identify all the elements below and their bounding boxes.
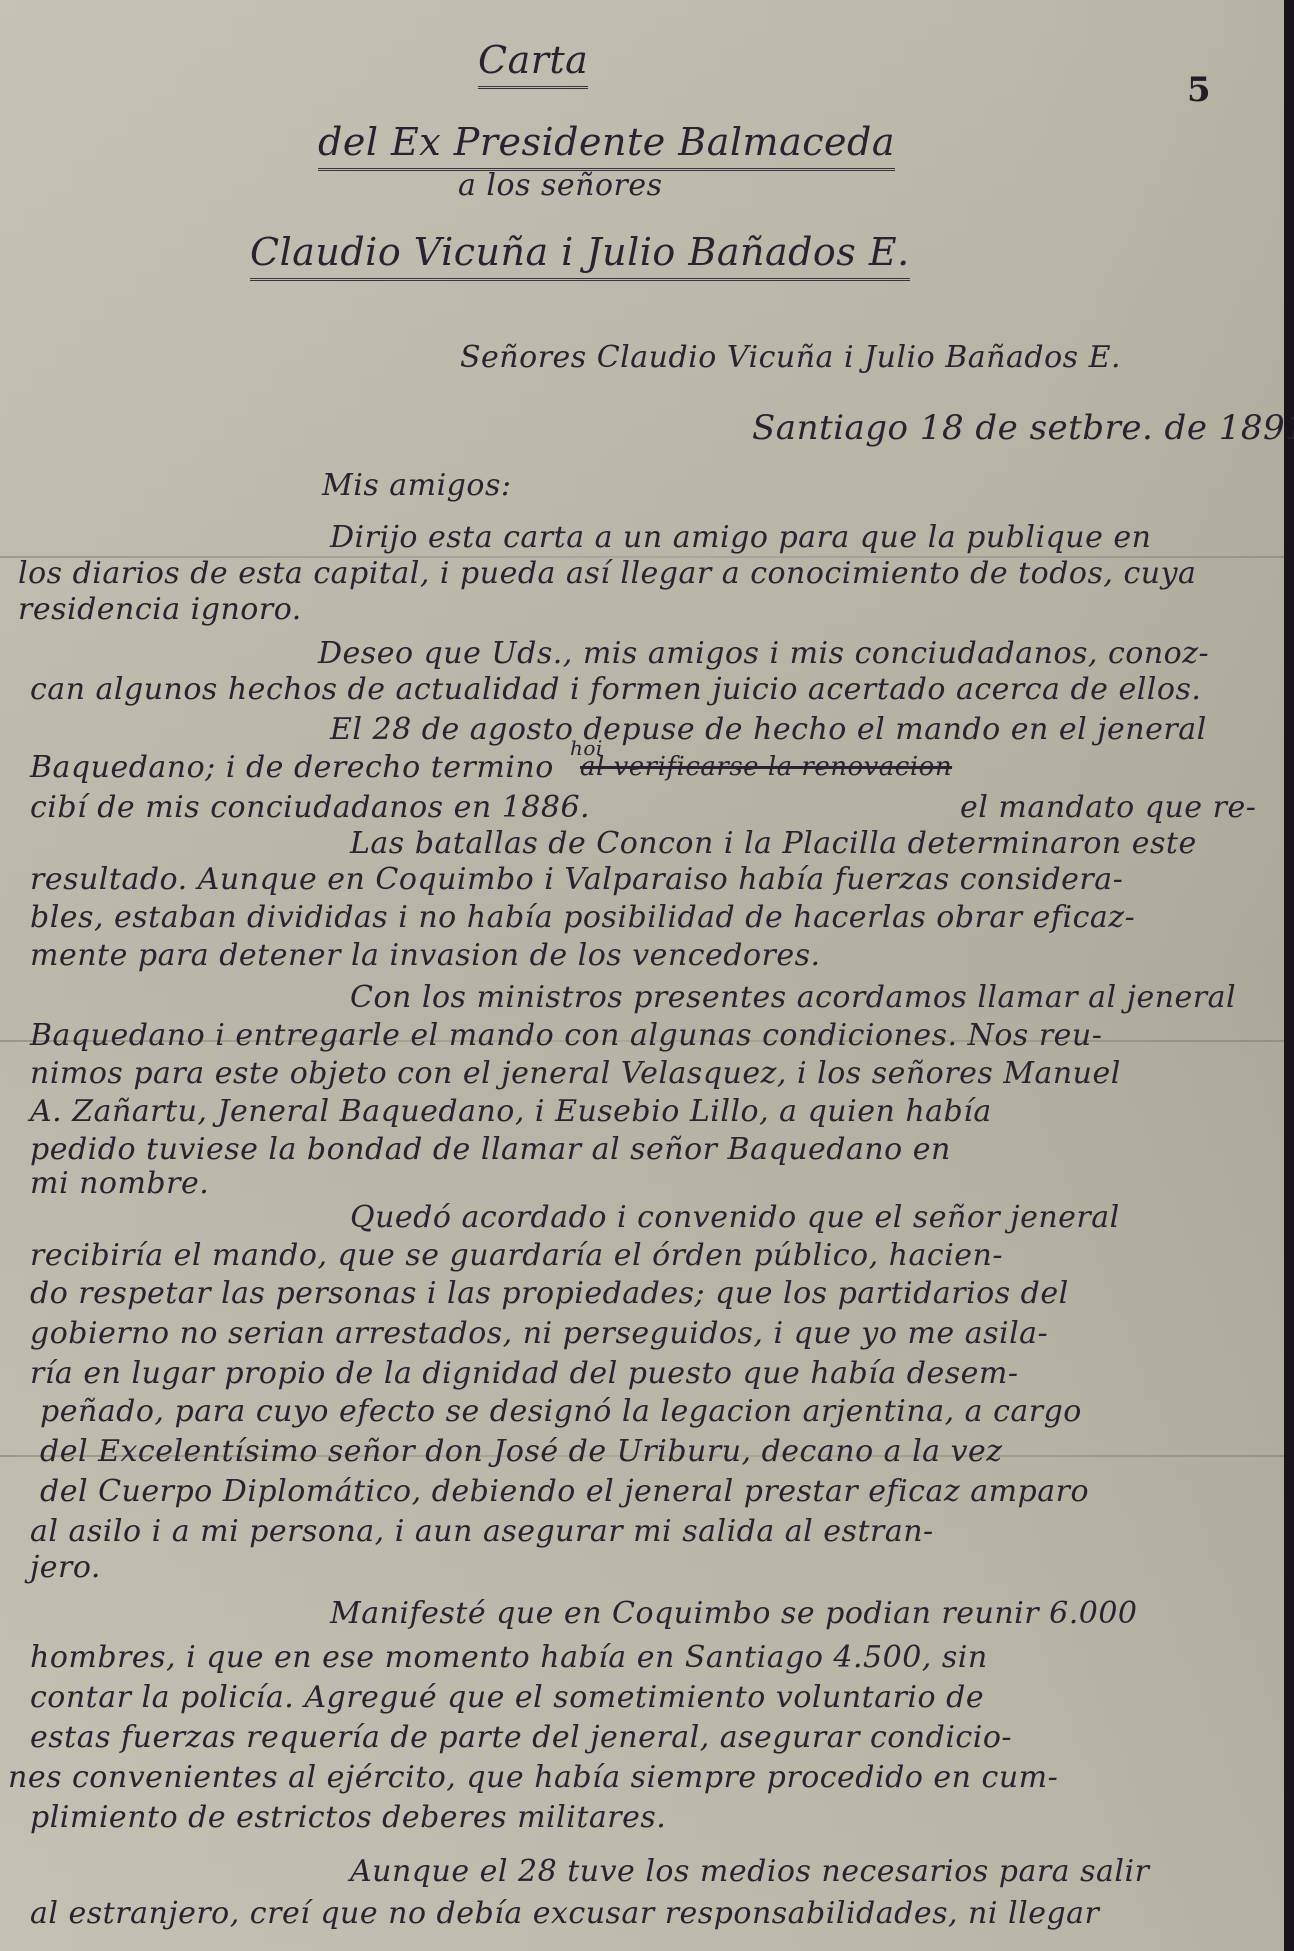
body-line: al asilo i a mi persona, i aun asegurar … <box>30 1514 934 1549</box>
body-line: Aunque el 28 tuve los medios necesarios … <box>350 1854 1149 1889</box>
heading-recipients: Claudio Vicuña i Julio Bañados E. <box>250 230 910 281</box>
body-line: mente para detener la invasion de los ve… <box>30 938 821 973</box>
addressee-line: Señores Claudio Vicuña i Julio Bañados E… <box>460 340 1121 375</box>
heading-carta: Carta <box>478 38 588 89</box>
body-line: pedido tuviese la bondad de llamar al se… <box>30 1132 951 1167</box>
body-line: peñado, para cuyo efecto se designó la l… <box>40 1394 1082 1429</box>
body-line: can algunos hechos de actualidad i forme… <box>30 672 1201 707</box>
body-line: Manifesté que en Coquimbo se podian reun… <box>330 1596 1138 1631</box>
body-line: ría en lugar propio de la dignidad del p… <box>30 1356 1018 1391</box>
body-line: residencia ignoro. <box>18 592 302 627</box>
body-line: del Cuerpo Diplomático, debiendo el jene… <box>40 1474 1089 1509</box>
page-number: 5 <box>1187 70 1211 110</box>
date-line: Santiago 18 de setbre. de 1891 <box>752 408 1294 448</box>
body-line: Deseo que Uds., mis amigos i mis conciud… <box>318 636 1209 671</box>
body-line: resultado. Aunque en Coquimbo i Valparai… <box>30 862 1123 897</box>
body-line: jero. <box>30 1550 101 1585</box>
heading-president: del Ex Presidente Balmaceda <box>318 120 895 171</box>
body-line: del Excelentísimo señor don José de Urib… <box>40 1434 1003 1469</box>
heading-senores: a los señores <box>458 168 663 203</box>
body-line: nimos para este objeto con el jeneral Ve… <box>30 1056 1121 1091</box>
body-line: gobierno no serian arrestados, ni perseg… <box>30 1316 1048 1351</box>
body-line: bles, estaban divididas i no había posib… <box>30 900 1135 935</box>
body-line: Dirijo esta carta a un amigo para que la… <box>330 520 1151 555</box>
body-line: cibí de mis conciudadanos en 1886. <box>30 790 590 825</box>
body-line: Las batallas de Concon i la Placilla det… <box>350 826 1197 861</box>
body-line: Quedó acordado i convenido que el señor … <box>350 1200 1120 1235</box>
body-line: hombres, i que en ese momento había en S… <box>30 1640 988 1675</box>
body-line: Baquedano; i de derecho termino <box>30 750 554 785</box>
body-line: recibiría el mando, que se guardaría el … <box>30 1238 1003 1273</box>
body-line: estas fuerzas requería de parte del jene… <box>30 1720 1012 1755</box>
body-line: do respetar las personas i las propiedad… <box>30 1276 1069 1311</box>
body-line: plimiento de estrictos deberes militares… <box>30 1800 666 1835</box>
body-line: al estranjero, creí que no debía excusar… <box>30 1896 1099 1931</box>
body-line: el mandato que re- <box>960 790 1256 825</box>
body-line: contar la policía. Agregué que el someti… <box>30 1680 984 1715</box>
page-edge-shadow <box>1284 0 1294 1951</box>
body-line: A. Zañartu, Jeneral Baquedano, i Eusebio… <box>30 1094 992 1129</box>
body-line: los diarios de esta capital, i pueda así… <box>18 556 1196 591</box>
body-line: mi nombre. <box>30 1166 209 1201</box>
body-line: Baquedano i entregarle el mando con algu… <box>30 1018 1102 1053</box>
salutation: Mis amigos: <box>322 468 511 503</box>
body-line: Con los ministros presentes acordamos ll… <box>350 980 1236 1015</box>
body-line: El 28 de agosto depuse de hecho el mando… <box>330 712 1207 747</box>
struck-text: al verificarse la renovacion <box>580 752 952 782</box>
body-line: nes convenientes al ejército, que había … <box>8 1760 1058 1795</box>
